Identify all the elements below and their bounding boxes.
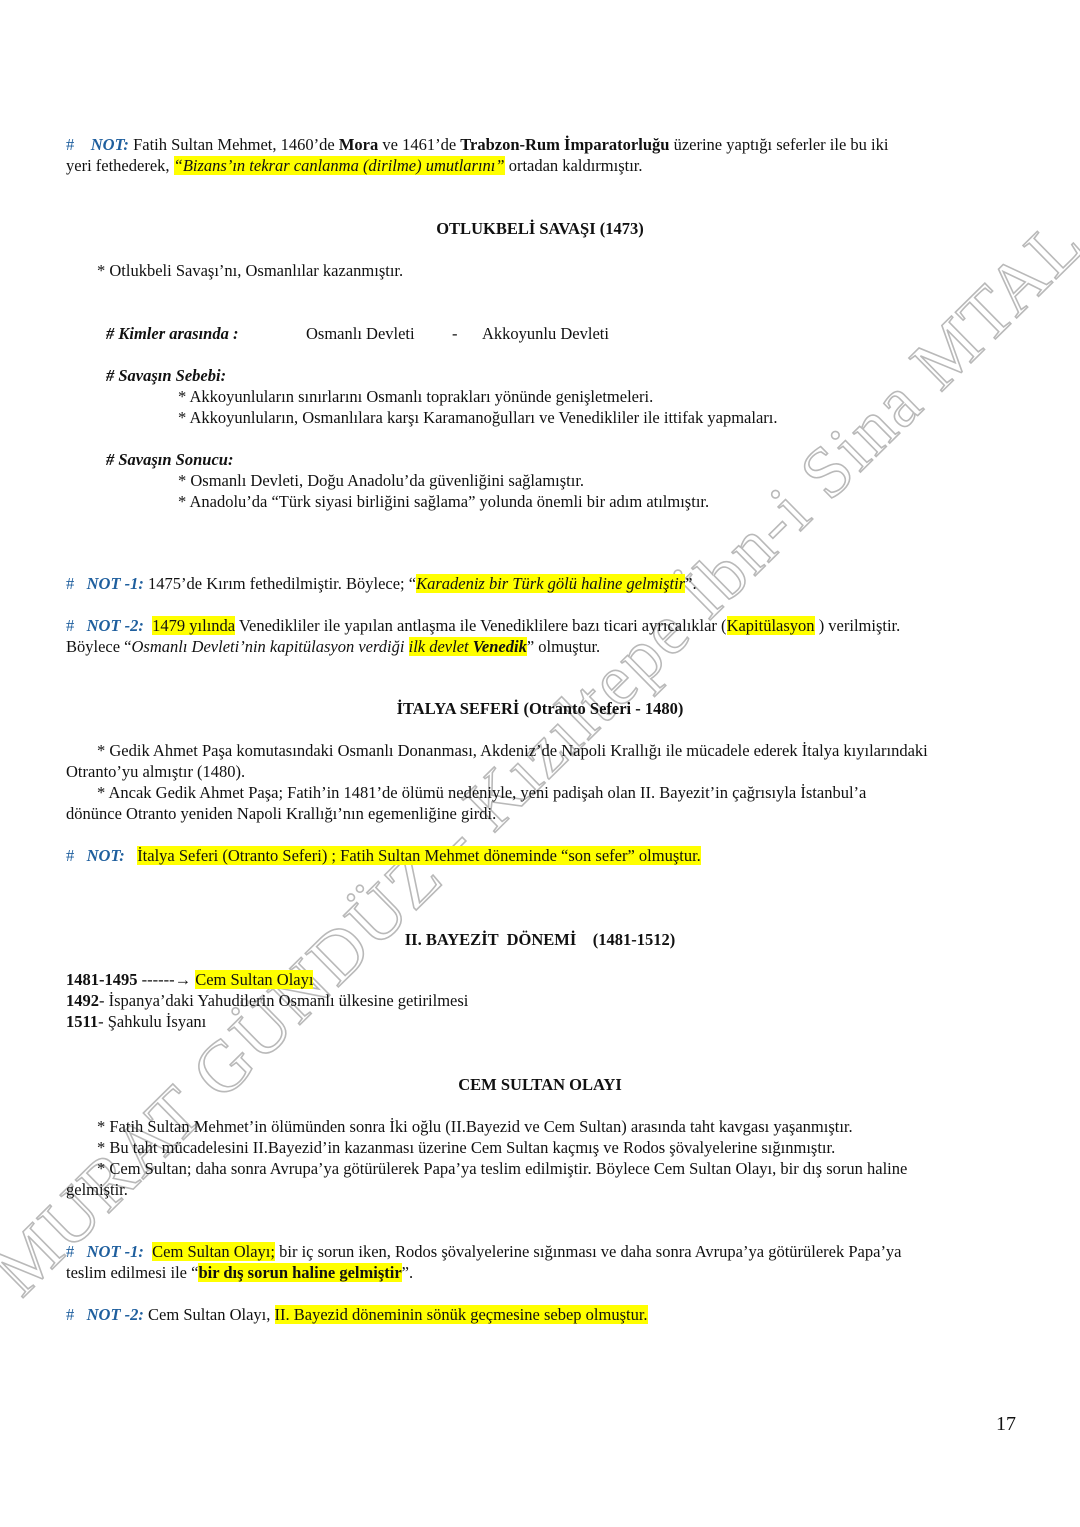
text: Cem Sultan Olayı, [144, 1305, 275, 1324]
hash-marker: # [66, 1305, 74, 1324]
dash: - [452, 324, 458, 344]
heading-cem: CEM SULTAN OLAYI [0, 1075, 1080, 1095]
cem-note-2: # NOT -2: Cem Sultan Olayı, II. Bayezid … [66, 1305, 648, 1325]
text: üzerine yaptığı seferler ile bu iki [669, 135, 888, 154]
hash-marker: # [66, 846, 74, 865]
note-2-line2: Böylece “Osmanlı Devleti’nin kapitülasyo… [66, 637, 600, 657]
text: Venedikliler ile yapılan antlaşma ile Ve… [235, 616, 726, 635]
sebebi-label: # Savaşın Sebebi: [106, 366, 226, 386]
otlukbeli-intro: * Otlukbeli Savaşı’nı, Osmanlılar kazanm… [97, 261, 403, 281]
highlight-bizans: “Bizans’ın tekrar canlanma (dirilme) umu… [174, 156, 505, 175]
highlight-son-sefer: İtalya Seferi (Otranto Seferi) ; Fatih S… [137, 846, 701, 865]
heading-italya: İTALYA SEFERİ (Otranto Seferi - 1480) [0, 699, 1080, 719]
note-2-line1: # NOT -2: 1479 yılında Venedikliler ile … [66, 616, 900, 636]
side-akkoyunlu: Akkoyunlu Devleti [482, 324, 609, 344]
highlight-dis-sorun: bir dış sorun haline gelmiştir [198, 1263, 401, 1282]
timeline-event: Cem Sultan Olayı [195, 970, 313, 989]
bold-trabzon: Trabzon-Rum İmparatorluğu [460, 135, 669, 154]
note-label: NOT -2: [87, 616, 144, 635]
italya-p1b: Otranto’yu almıştır (1480). [66, 762, 245, 782]
highlight-kapitulasyon: Kapitülasyon [727, 616, 815, 635]
note-label: NOT: [91, 135, 129, 154]
timeline-item: 1511- Şahkulu İsyanı [66, 1012, 206, 1032]
timeline-separator: - [99, 991, 109, 1010]
cem-p3b: gelmiştir. [66, 1180, 128, 1200]
sebebi-item: * Akkoyunluların, Osmanlılara karşı Kara… [178, 408, 777, 428]
highlight-ilk-devlet: ilk devlet [409, 637, 473, 656]
timeline-item: 1481-1495 ------→ Cem Sultan Olayı [66, 970, 313, 990]
cem-note-1-line1: # NOT -1: Cem Sultan Olayı; bir iç sorun… [66, 1242, 902, 1262]
side-ottoman: Osmanlı Devleti [306, 324, 415, 344]
heading-text: II. BAYEZİT DÖNEMİ (1481-1512) [405, 930, 675, 949]
italya-p2a: * Ancak Gedik Ahmet Paşa; Fatih’in 1481’… [97, 783, 866, 803]
text: Böylece “ [66, 637, 132, 656]
highlight-cem-olayi: Cem Sultan Olayı; [152, 1242, 275, 1261]
timeline-event: İspanya’daki Yahudilerin Osmanlı ülkesin… [109, 991, 469, 1010]
heading-text: OTLUKBELİ SAVAŞI (1473) [436, 219, 644, 238]
italya-p1a: * Gedik Ahmet Paşa komutasındaki Osmanlı… [97, 741, 928, 761]
heading-otlukbeli: OTLUKBELİ SAVAŞI (1473) [0, 219, 1080, 239]
highlight-venedik: Venedik [473, 637, 527, 656]
text: bir iç sorun iken, Rodos şövalyelerine s… [275, 1242, 902, 1261]
timeline-event: Şahkulu İsyanı [108, 1012, 207, 1031]
timeline-year: 1492 [66, 991, 99, 1010]
kimler-label: # Kimler arasında : [106, 324, 238, 344]
cem-p3a: * Cem Sultan; daha sonra Avrupa’ya götür… [97, 1159, 907, 1179]
note-label: NOT -2: [87, 1305, 144, 1324]
cem-p2: * Bu taht mücadelesini II.Bayezid’in kaz… [97, 1138, 835, 1158]
text: ve 1461’de [378, 135, 460, 154]
note-mora-line2: yeri fethederek, “Bizans’ın tekrar canla… [66, 156, 643, 176]
italic-text: Osmanlı Devleti’nin kapitülasyon verdiği [132, 637, 409, 656]
hash-marker: # [66, 574, 74, 593]
highlight-1479: 1479 yılında [152, 616, 235, 635]
heading-bayezit: II. BAYEZİT DÖNEMİ (1481-1512) [0, 930, 1080, 950]
italya-p2b: dönünce Otranto yeniden Napoli Krallığı’… [66, 804, 496, 824]
timeline-item: 1492- İspanya’daki Yahudilerin Osmanlı ü… [66, 991, 468, 1011]
italya-note: # NOT: İtalya Seferi (Otranto Seferi) ; … [66, 846, 701, 866]
text: teslim edilmesi ile “ [66, 1263, 198, 1282]
cem-p1: * Fatih Sultan Mehmet’in ölümünden sonra… [97, 1117, 853, 1137]
timeline-separator: ------→ [138, 970, 196, 989]
timeline-year: 1511 [66, 1012, 98, 1031]
text: ”. [685, 574, 696, 593]
note-1: # NOT -1: 1475’de Kırım fethedilmiştir. … [66, 574, 697, 594]
label: # Kimler arasında : [106, 324, 238, 343]
text: ) verilmiştir. [815, 616, 901, 635]
hash-marker: # [66, 1242, 74, 1261]
text: 1475’de Kırım fethedilmiştir. Böylece; “ [144, 574, 416, 593]
text: yeri fethederek, [66, 156, 174, 175]
sebebi-item: * Akkoyunluların sınırlarını Osmanlı top… [178, 387, 653, 407]
text: ”. [402, 1263, 413, 1282]
sonucu-label: # Savaşın Sonucu: [106, 450, 233, 470]
note-mora-line1: # NOT: Fatih Sultan Mehmet, 1460’de Mora… [66, 135, 888, 155]
highlight-sonuk: II. Bayezid döneminin sönük geçmesine se… [275, 1305, 648, 1324]
bold-mora: Mora [339, 135, 378, 154]
note-label: NOT -1: [87, 1242, 144, 1261]
highlight-karadeniz: Karadeniz bir Türk gölü haline gelmiştir [416, 574, 685, 593]
sonucu-item: * Anadolu’da “Türk siyasi birliğini sağl… [178, 492, 709, 512]
note-label: NOT: [87, 846, 125, 865]
timeline-year: 1481-1495 [66, 970, 138, 989]
hash-marker: # [66, 616, 74, 635]
note-label: NOT -1: [87, 574, 144, 593]
sonucu-item: * Osmanlı Devleti, Doğu Anadolu’da güven… [178, 471, 584, 491]
text: ortadan kaldırmıştır. [505, 156, 643, 175]
page-number: 17 [996, 1413, 1016, 1436]
text: ” olmuştur. [527, 637, 600, 656]
cem-note-1-line2: teslim edilmesi ile “bir dış sorun halin… [66, 1263, 413, 1283]
timeline-separator: - [98, 1012, 108, 1031]
hash-marker: # [66, 135, 74, 154]
text: Fatih Sultan Mehmet, 1460’de [129, 135, 339, 154]
